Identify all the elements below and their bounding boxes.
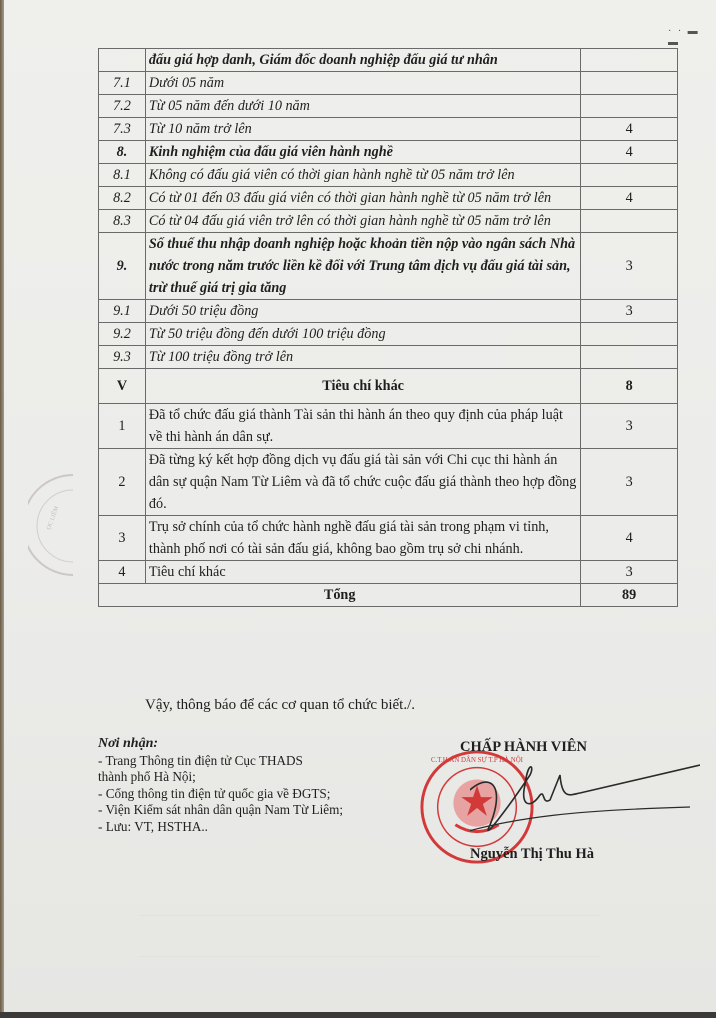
page-bottom-edge bbox=[0, 1012, 716, 1018]
table-row: đấu giá hợp danh, Giám đốc doanh nghiệp … bbox=[99, 49, 678, 72]
table-row: 8.1Không có đấu giá viên có thời gian hà… bbox=[99, 164, 678, 187]
table-row: 8.3Có từ 04 đấu giá viên trở lên có thời… bbox=[99, 210, 678, 233]
table-row: 1Đã tổ chức đấu giá thành Tài sản thi hà… bbox=[99, 404, 678, 449]
table-row: 7.1Dưới 05 năm bbox=[99, 72, 678, 95]
table-row: 3Trụ sở chính của tổ chức hành nghề đấu … bbox=[99, 516, 678, 561]
criterion-description: Từ 100 triệu đồng trở lên bbox=[145, 346, 580, 369]
criterion-description: Từ 10 năm trở lên bbox=[145, 118, 580, 141]
row-number: 9.2 bbox=[99, 323, 146, 346]
recipient-line: - Trang Thông tin điện tử Cục THADS bbox=[98, 753, 418, 770]
criterion-description: Tiêu chí khác bbox=[145, 561, 580, 584]
criterion-score bbox=[581, 72, 678, 95]
recipient-line: thành phố Hà Nội; bbox=[98, 769, 418, 786]
closing-statement: Vậy, thông báo để các cơ quan tổ chức bi… bbox=[145, 697, 415, 714]
table-row: 7.3Từ 10 năm trở lên4 bbox=[99, 118, 678, 141]
criterion-score: 3 bbox=[581, 561, 678, 584]
table-row: 8.2Có từ 01 đến 03 đấu giá viên có thời … bbox=[99, 187, 678, 210]
row-number: 8. bbox=[99, 141, 146, 164]
criterion-description: Trụ sở chính của tổ chức hành nghề đấu g… bbox=[145, 516, 580, 561]
recipients-title: Nơi nhận: bbox=[98, 736, 418, 753]
criterion-score: 4 bbox=[581, 141, 678, 164]
total-label: Tổng bbox=[99, 584, 581, 607]
criterion-score bbox=[581, 346, 678, 369]
criterion-description: Tiêu chí khác bbox=[145, 369, 580, 404]
row-number: 9.1 bbox=[99, 300, 146, 323]
recipient-line: - Lưu: VT, HSTHA.. bbox=[98, 819, 418, 836]
criterion-description: Đã tổ chức đấu giá thành Tài sản thi hàn… bbox=[145, 404, 580, 449]
criterion-description: Đã từng ký kết hợp đồng dịch vụ đấu giá … bbox=[145, 449, 580, 516]
criterion-description: Số thuế thu nhập doanh nghiệp hoặc khoản… bbox=[145, 233, 580, 300]
criterion-description: Dưới 50 triệu đồng bbox=[145, 300, 580, 323]
row-number: V bbox=[99, 369, 146, 404]
criterion-description: Không có đấu giá viên có thời gian hành … bbox=[145, 164, 580, 187]
total-score: 89 bbox=[581, 584, 678, 607]
row-number: 3 bbox=[99, 516, 146, 561]
criterion-score: 4 bbox=[581, 516, 678, 561]
criterion-description: Có từ 04 đấu giá viên trở lên có thời gi… bbox=[145, 210, 580, 233]
criterion-score: 3 bbox=[581, 449, 678, 516]
ink-specks: · · ▬ ▬ bbox=[668, 26, 716, 48]
signer-name: Nguyễn Thị Thu Hà bbox=[470, 846, 594, 863]
criterion-score: 8 bbox=[581, 369, 678, 404]
row-number: 7.3 bbox=[99, 118, 146, 141]
row-number: 2 bbox=[99, 449, 146, 516]
criterion-score: 3 bbox=[581, 404, 678, 449]
criterion-score bbox=[581, 95, 678, 118]
table-row: 2Đã từng ký kết hợp đồng dịch vụ đấu giá… bbox=[99, 449, 678, 516]
criterion-score bbox=[581, 210, 678, 233]
criterion-score: 4 bbox=[581, 118, 678, 141]
total-row: Tổng89 bbox=[99, 584, 678, 607]
row-number: 9. bbox=[99, 233, 146, 300]
row-number: 8.3 bbox=[99, 210, 146, 233]
criterion-description: Từ 05 năm đến dưới 10 năm bbox=[145, 95, 580, 118]
table-row: 9.1Dưới 50 triệu đồng3 bbox=[99, 300, 678, 323]
recipient-line: - Cổng thông tin điện tử quốc gia về ĐGT… bbox=[98, 786, 418, 803]
criteria-table: đấu giá hợp danh, Giám đốc doanh nghiệp … bbox=[98, 48, 678, 607]
table-row: 8.Kinh nghiệm của đấu giá viên hành nghề… bbox=[99, 141, 678, 164]
row-number: 4 bbox=[99, 561, 146, 584]
row-number: 9.3 bbox=[99, 346, 146, 369]
faded-seal-icon: ỌC LIÊM bbox=[28, 470, 73, 580]
criterion-score bbox=[581, 164, 678, 187]
criterion-score: 4 bbox=[581, 187, 678, 210]
criterion-description: đấu giá hợp danh, Giám đốc doanh nghiệp … bbox=[145, 49, 580, 72]
table-row: 9.Số thuế thu nhập doanh nghiệp hoặc kho… bbox=[99, 233, 678, 300]
row-number: 7.1 bbox=[99, 72, 146, 95]
table-row: VTiêu chí khác8 bbox=[99, 369, 678, 404]
table-row: 9.3Từ 100 triệu đồng trở lên bbox=[99, 346, 678, 369]
criterion-score: 3 bbox=[581, 300, 678, 323]
page-shadow-edge bbox=[0, 0, 4, 1018]
document-page: · · ▬ ▬ ỌC LIÊM đấu giá hợp danh, Giám đ… bbox=[0, 0, 716, 1018]
recipient-line: - Viện Kiểm sát nhân dân quận Nam Từ Liê… bbox=[98, 802, 418, 819]
criterion-score bbox=[581, 323, 678, 346]
criterion-description: Dưới 05 năm bbox=[145, 72, 580, 95]
table-row: 4Tiêu chí khác3 bbox=[99, 561, 678, 584]
bleed-through-text bbox=[140, 915, 600, 957]
row-number: 7.2 bbox=[99, 95, 146, 118]
criterion-description: Có từ 01 đến 03 đấu giá viên có thời gia… bbox=[145, 187, 580, 210]
svg-text:ỌC LIÊM: ỌC LIÊM bbox=[44, 504, 60, 530]
table-row: 7.2Từ 05 năm đến dưới 10 năm bbox=[99, 95, 678, 118]
criterion-score bbox=[581, 49, 678, 72]
criterion-description: Từ 50 triệu đồng đến dưới 100 triệu đồng bbox=[145, 323, 580, 346]
row-number: 8.1 bbox=[99, 164, 146, 187]
row-number bbox=[99, 49, 146, 72]
recipients-block: Nơi nhận: - Trang Thông tin điện tử Cục … bbox=[98, 736, 418, 835]
signer-role: CHẤP HÀNH VIÊN bbox=[460, 739, 587, 756]
handwritten-signature bbox=[470, 755, 700, 845]
row-number: 8.2 bbox=[99, 187, 146, 210]
row-number: 1 bbox=[99, 404, 146, 449]
criterion-score: 3 bbox=[581, 233, 678, 300]
table-row: 9.2Từ 50 triệu đồng đến dưới 100 triệu đ… bbox=[99, 323, 678, 346]
criterion-description: Kinh nghiệm của đấu giá viên hành nghề bbox=[145, 141, 580, 164]
